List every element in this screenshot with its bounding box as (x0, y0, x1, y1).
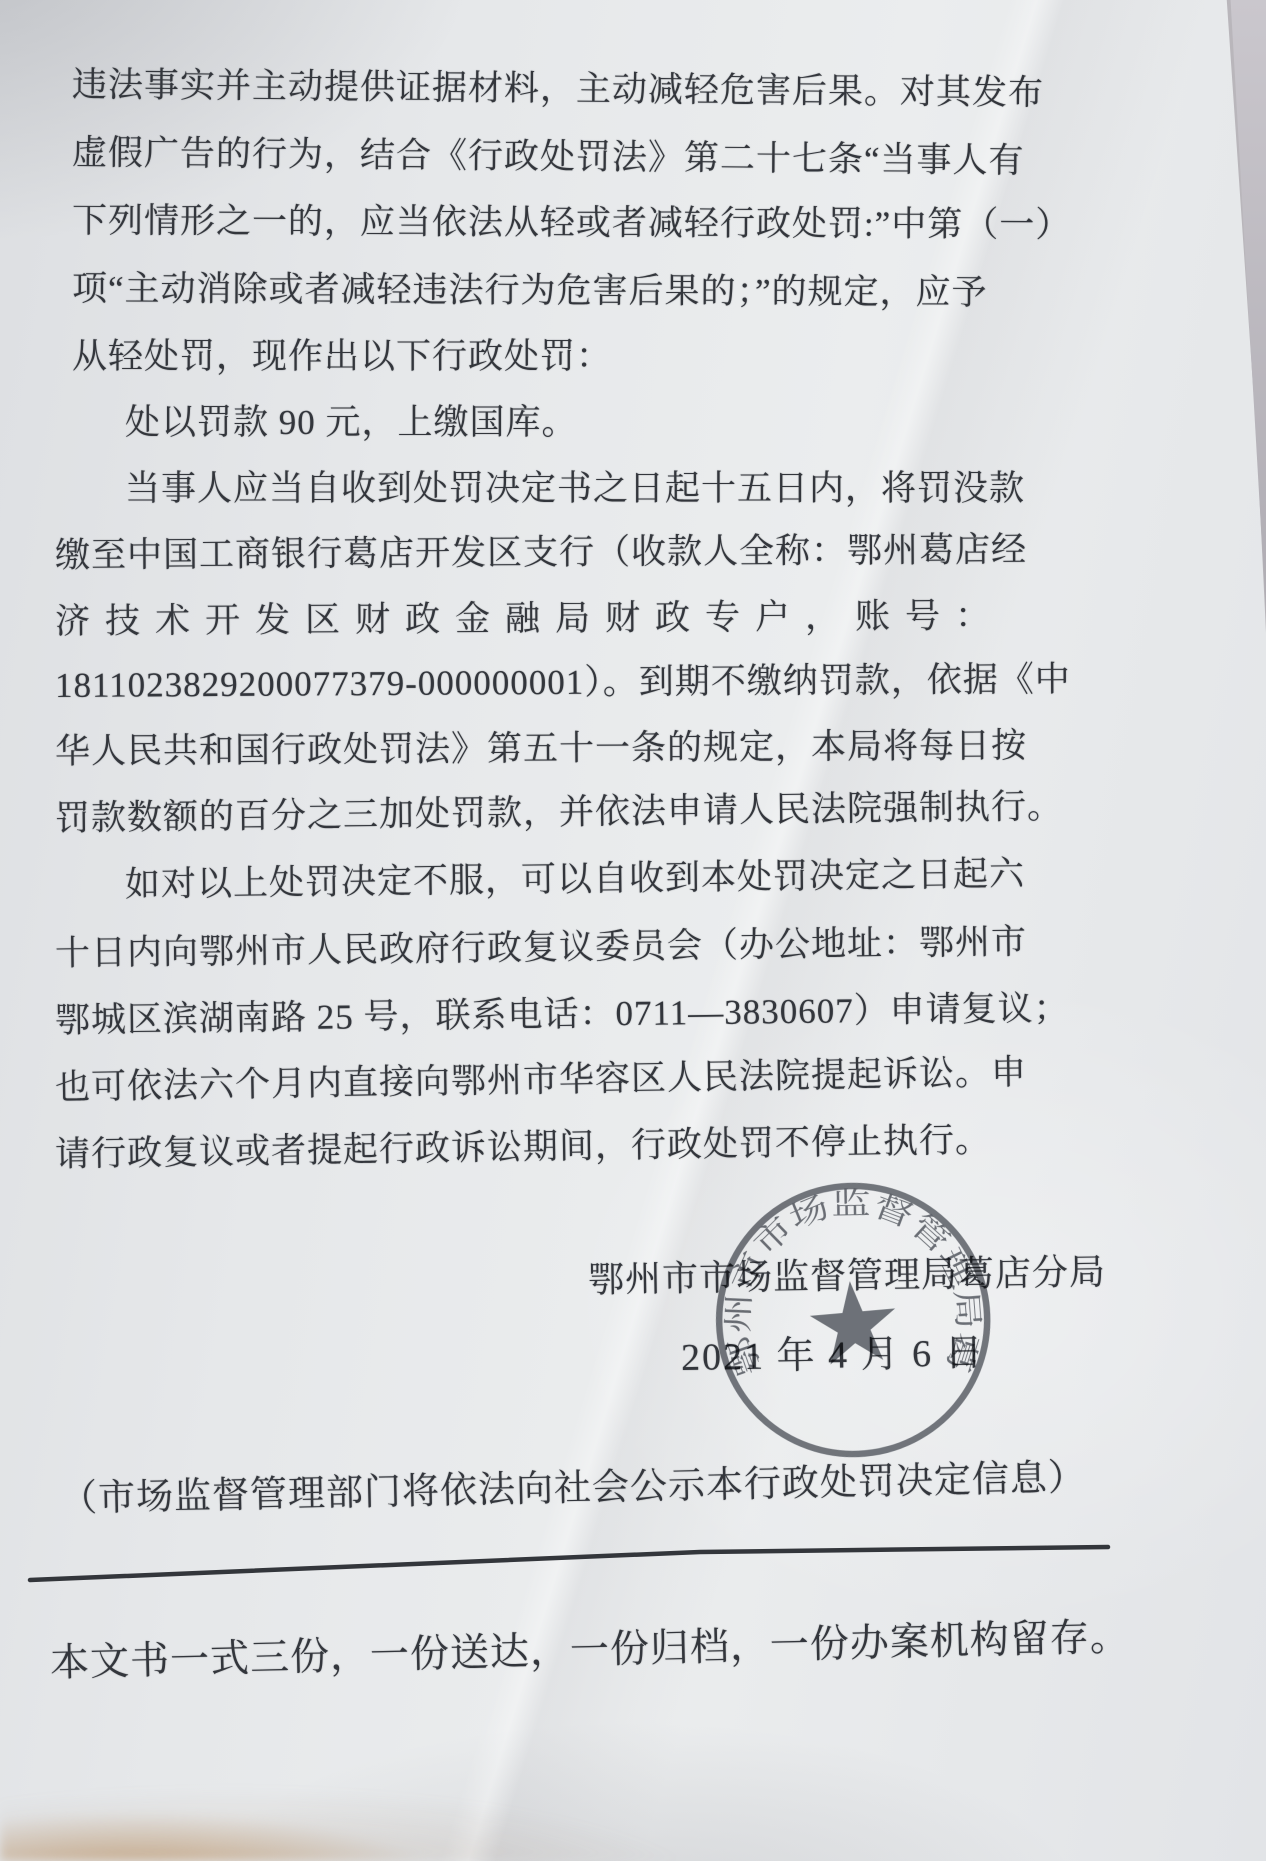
body-line-fine: 处以罚款 90 元，上缴国库。 (55, 395, 578, 445)
body-line-contact: 鄂城区滨湖南路 25 号，联系电话：0711—3830607）申请复议； (55, 981, 1070, 1043)
body-line: 十日内向鄂州市人民政府行政复议委员会（办公地址：鄂州市 (55, 914, 1028, 976)
body-line: 华人民共和国行政处罚法》第五十一条的规定，本局将每日按 (55, 718, 1027, 774)
body-line: 下列情形之一的，应当依法从轻或者减轻行政处罚:”中第（一） (72, 193, 1071, 247)
body-line: 项“主动消除或者减轻违法行为危害后果的；”的规定，应予 (72, 261, 988, 315)
body-line: 罚款数额的百分之三加处罚款，并依法申请人民法院强制执行。 (55, 779, 1064, 841)
body-line: 如对以上处罚决定不服，可以自收到本处罚决定之日起六 (55, 846, 1026, 908)
body-line: 济技术开发区财政金融局财政专户，账号： (55, 588, 1005, 644)
distribution-note: 本文书一式三份，一份送达，一份归档，一份办案机构留存。 (49, 1606, 1130, 1688)
body-line: 虚假广告的行为，结合《行政处罚法》第二十七条“当事人有 (72, 125, 1025, 183)
body-line: 缴至中国工商银行葛店开发区支行（收款人全称：鄂州葛店经 (55, 522, 1027, 578)
official-seal-stamp: 鄂州市市场监督管理局葛店分局 (690, 1155, 1015, 1480)
star-icon (807, 1277, 899, 1366)
body-line: 违法事实并主动提供证据材料，主动减轻危害后果。对其发布 (72, 57, 1044, 115)
body-line-account: 1811023829200077379-000000001）。到期不缴纳罚款，依… (55, 652, 1071, 708)
body-line: 也可依法六个月内直接向鄂州市华容区人民法院提起诉讼。申 (55, 1045, 1028, 1110)
body-line: 从轻处罚，现作出以下行政处罚： (72, 329, 612, 379)
document-photo: 违法事实并主动提供证据材料，主动减轻危害后果。对其发布 虚假广告的行为，结合《行… (0, 0, 1266, 1861)
disclosure-note: （市场监督管理部门将依法向社会公示本行政处罚决定信息） (59, 1447, 1086, 1522)
body-line: 当事人应当自收到处罚决定书之日起十五日内，将罚没款 (55, 461, 1025, 511)
